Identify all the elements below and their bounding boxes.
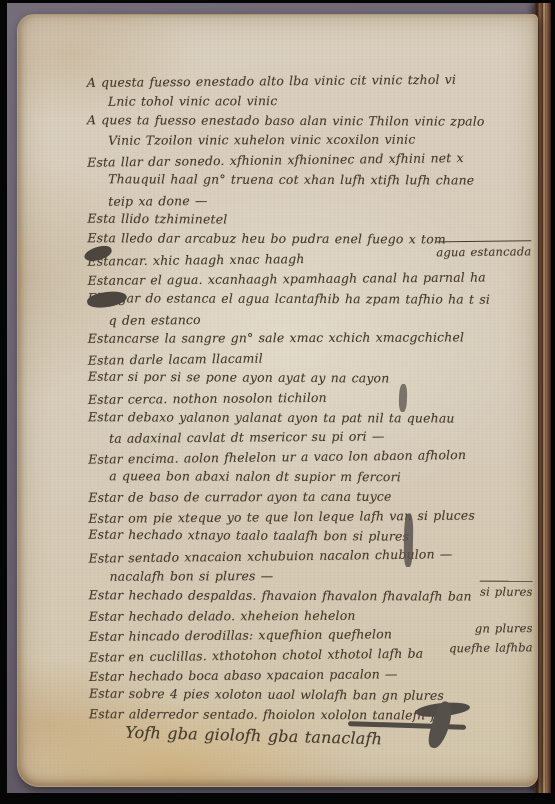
manuscript-text: A questa fuesso enestado alto lba vinic … <box>87 70 529 749</box>
manuscript-line: nacalafh bon si plures — <box>110 565 529 586</box>
manuscript-line: Estar hechado despaldas. fhavaion fhaval… <box>89 585 529 606</box>
ink-flourish-bottom <box>348 697 518 755</box>
manuscript-line: Estancar el agua. xcanhaagh xpamhaagh ca… <box>87 267 527 291</box>
manuscript-line: a queea bon abaxi nalon dt supior m ferc… <box>109 466 528 487</box>
marginal-note: quefhe lafhba <box>449 638 533 659</box>
manuscript-line: Thauquil haal gn° truena cot xhan lufh x… <box>108 169 527 190</box>
ink-smear-vertical-2 <box>404 514 414 567</box>
marginal-note: agua estancada <box>436 240 531 263</box>
manuscript-line: A questa fuesso enestado alto lba vinic … <box>87 69 527 93</box>
marginal-note: gn plures <box>475 619 533 639</box>
manuscript-page: A questa fuesso enestado alto lba vinic … <box>17 14 538 787</box>
manuscript-line: Lnic tohol vinic acol vinic <box>108 90 527 111</box>
photo-frame: A questa fuesso enestado alto lba vinic … <box>0 0 555 804</box>
manuscript-line: Esta llido tzhiminetel <box>87 208 527 230</box>
manuscript-line: El lugar do estanca el agua lcantafhib h… <box>88 288 528 309</box>
page-edge-highlight <box>543 3 545 793</box>
manuscript-line: q den estanco <box>109 307 528 330</box>
manuscript-line: teip xa done — <box>108 188 527 211</box>
manuscript-line: Estar de baso de currador ayon ta cana t… <box>88 486 528 507</box>
marginal-note: si plures <box>480 580 533 602</box>
manuscript-line: Estar cerca. nothon nosolon tichilon <box>88 386 528 410</box>
manuscript-line: A ques ta fuesso enestado baso alan vini… <box>87 110 527 131</box>
background-mat: A questa fuesso enestado alto lba vinic … <box>7 3 551 793</box>
